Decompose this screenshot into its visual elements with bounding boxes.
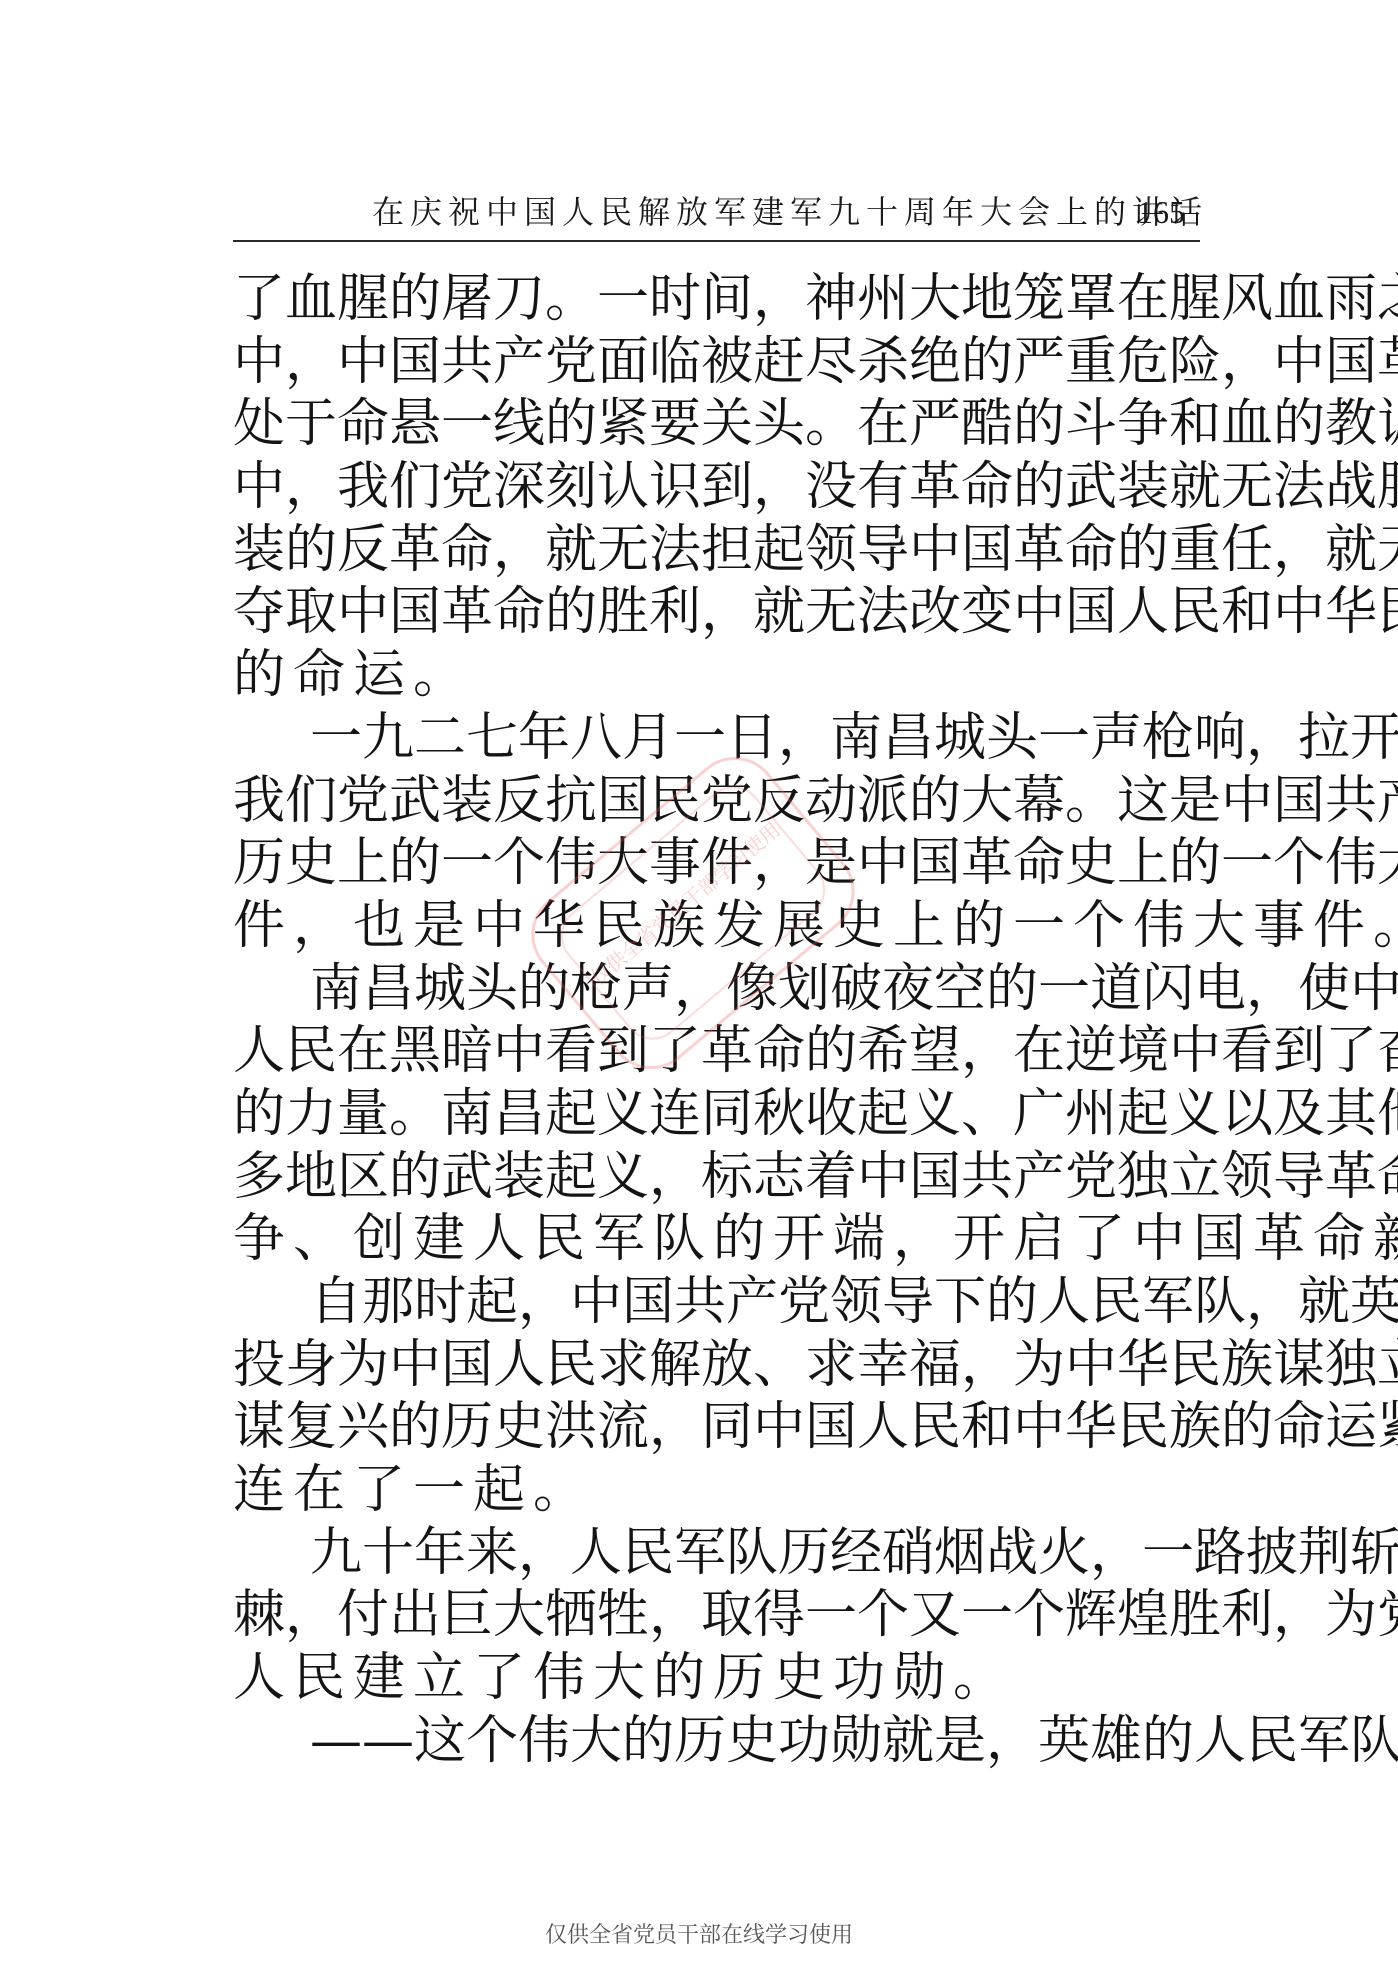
text-line: 中，我们党深刻认识到，没有革命的武装就无法战胜武	[233, 456, 1200, 519]
text-line: ——这个伟大的历史功勋就是，英雄的人民军队，	[233, 1710, 1200, 1773]
text-line: 中，中国共产党面临被赶尽杀绝的严重危险，中国革命	[233, 331, 1200, 394]
body-text: 了血腥的屠刀。一时间，神州大地笼罩在腥风血雨之 中，中国共产党面临被赶尽杀绝的严…	[233, 268, 1200, 1773]
text-line: 历史上的一个伟大事件，是中国革命史上的一个伟大事	[233, 832, 1200, 895]
text-line: 投身为中国人民求解放、求幸福，为中华民族谋独立、	[233, 1334, 1200, 1397]
header-rule-divider	[233, 240, 1200, 242]
text-line: 争、创建人民军队的开端，开启了中国革命新纪元。	[233, 1208, 1200, 1271]
text-line: 人民在黑暗中看到了革命的希望，在逆境中看到了奋起	[233, 1020, 1200, 1083]
running-title: 在庆祝中国人民解放军建军九十周年大会上的讲话	[372, 190, 1062, 234]
text-line: 夺取中国革命的胜利，就无法改变中国人民和中华民族	[233, 581, 1200, 644]
text-line: 件，也是中华民族发展史上的一个伟大事件。	[233, 895, 1200, 958]
text-line: 处于命悬一线的紧要关头。在严酷的斗争和血的教训	[233, 393, 1200, 456]
text-line: 的力量。南昌起义连同秋收起义、广州起义以及其他许	[233, 1083, 1200, 1146]
text-line: 的命运。	[233, 644, 1200, 707]
text-line: 一九二七年八月一日，南昌城头一声枪响，拉开了	[233, 707, 1200, 770]
text-line: 我们党武装反抗国民党反动派的大幕。这是中国共产党	[233, 770, 1200, 833]
text-line: 连在了一起。	[233, 1459, 1200, 1522]
text-line: 谋复兴的历史洪流，同中国人民和中华民族的命运紧紧	[233, 1396, 1200, 1459]
page-number: 165	[1137, 190, 1185, 234]
text-line: 棘，付出巨大牺牲，取得一个又一个辉煌胜利，为党和	[233, 1584, 1200, 1647]
text-line: 南昌城头的枪声，像划破夜空的一道闪电，使中国	[233, 958, 1200, 1021]
text-line: 了血腥的屠刀。一时间，神州大地笼罩在腥风血雨之	[233, 268, 1200, 331]
text-line: 装的反革命，就无法担起领导中国革命的重任，就无法	[233, 519, 1200, 582]
text-line: 自那时起，中国共产党领导下的人民军队，就英勇	[233, 1271, 1200, 1334]
footer-usage-note: 仅供全省党员干部在线学习使用	[0, 1918, 1398, 1949]
running-header: 在庆祝中国人民解放军建军九十周年大会上的讲话 165	[233, 190, 1200, 234]
text-line: 九十年来，人民军队历经硝烟战火，一路披荆斩	[233, 1522, 1200, 1585]
text-line: 人民建立了伟大的历史功勋。	[233, 1647, 1200, 1710]
text-line: 多地区的武装起义，标志着中国共产党独立领导革命战	[233, 1146, 1200, 1209]
